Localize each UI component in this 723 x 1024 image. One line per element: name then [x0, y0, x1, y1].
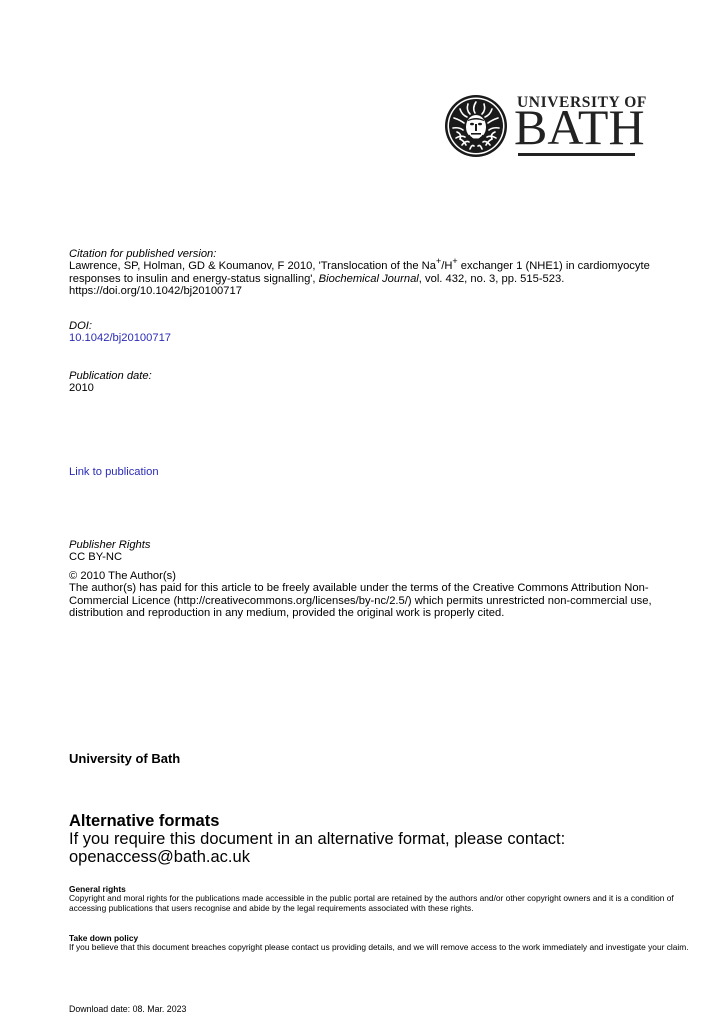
institution-name: University of Bath [69, 751, 180, 766]
download-date: Download date: 08. Mar. 2023 [69, 1004, 186, 1014]
publication-date-block: Publication date: 2010 [69, 370, 152, 395]
publication-date-value: 2010 [69, 382, 152, 394]
citation-superscript-plus: + [436, 256, 441, 266]
rights-statement: The author(s) has paid for this article … [69, 582, 689, 619]
citation-superscript-plus: + [452, 256, 457, 266]
take-down-policy-block: Take down policy If you believe that thi… [69, 934, 689, 953]
contact-email[interactable]: openaccess@bath.ac.uk [69, 848, 565, 866]
doi-label: DOI: [69, 320, 171, 332]
doi-link[interactable]: 10.1042/bj20100717 [69, 332, 171, 344]
link-to-publication[interactable]: Link to publication [69, 466, 159, 478]
sulis-minerva-head-seal-icon [444, 94, 508, 158]
alternative-formats-text: If you require this document in an alter… [69, 830, 565, 848]
doi-block: DOI: 10.1042/bj20100717 [69, 320, 171, 345]
logo-text-bath: BATH [514, 102, 645, 152]
take-down-policy-text: If you believe that this document breach… [69, 943, 689, 952]
logo-underline [518, 153, 635, 156]
university-of-bath-logo: UNIVERSITY OF BATH [444, 92, 636, 160]
alternative-formats-title: Alternative formats [69, 812, 219, 830]
general-rights-text: Copyright and moral rights for the publi… [69, 894, 689, 913]
citation-authors: Lawrence, SP, Holman, GD & Koumanov, F 2… [69, 260, 436, 272]
publisher-rights-label: Publisher Rights [69, 539, 689, 551]
citation-text: Lawrence, SP, Holman, GD & Koumanov, F 2… [69, 260, 689, 297]
publication-date-label: Publication date: [69, 370, 152, 382]
citation-journal: Biochemical Journal [319, 273, 419, 285]
citation-label: Citation for published version: [69, 248, 689, 260]
citation-hydrogen: /H [441, 260, 452, 272]
license-value: CC BY-NC [69, 551, 689, 563]
alternative-formats-body: If you require this document in an alter… [69, 830, 565, 866]
copyright-line: © 2010 The Author(s) [69, 570, 689, 582]
citation-block: Citation for published version: Lawrence… [69, 248, 689, 298]
general-rights-block: General rights Copyright and moral right… [69, 885, 689, 913]
publisher-rights-block: Publisher Rights CC BY-NC © 2010 The Aut… [69, 539, 689, 619]
